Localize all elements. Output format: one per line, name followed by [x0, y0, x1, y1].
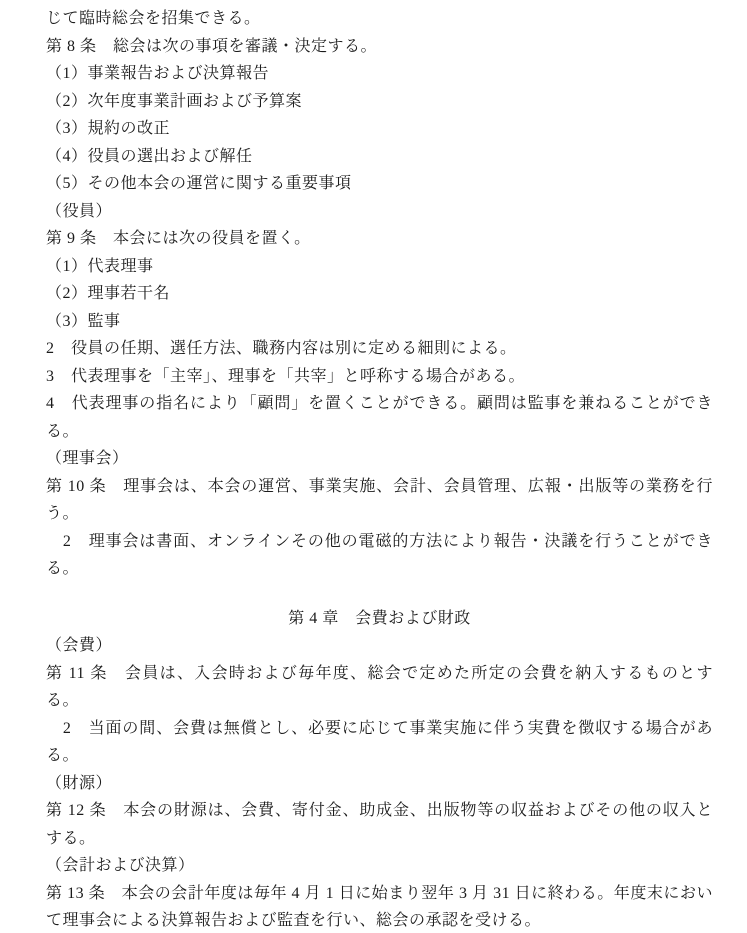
- text-line: て理事会による決算報告および監査を行い、総会の承認を受ける。: [46, 907, 713, 933]
- text-line: （財源）: [46, 770, 713, 798]
- text-line: 第 12 条 本会の財源は、会費、寄付金、助成金、出版物等の収益およびその他の収…: [46, 797, 713, 825]
- text-line: 2 当面の間、会費は無償とし、必要に応じて事業実施に伴う実費を徴収する場合があ: [46, 715, 713, 743]
- text-line: 第 13 条 本会の会計年度は毎年 4 月 1 日に始まり翌年 3 月 31 日…: [46, 880, 713, 908]
- text-line: 3 代表理事を「主宰」、理事を「共宰」と呼称する場合がある。: [46, 363, 713, 391]
- text-line: （1）事業報告および決算報告: [46, 60, 713, 88]
- text-line: 第 8 条 総会は次の事項を審議・決定する。: [46, 33, 713, 61]
- text-line: （1）代表理事: [46, 253, 713, 281]
- text-line: する。: [46, 825, 713, 853]
- text-line: （会計および決算）: [46, 852, 713, 880]
- text-line: 第 9 条 本会には次の役員を置く。: [46, 225, 713, 253]
- text-line: 2 役員の任期、選任方法、職務内容は別に定める細則による。: [46, 335, 713, 363]
- text-line: 第 10 条 理事会は、本会の運営、事業実施、会計、会員管理、広報・出版等の業務…: [46, 473, 713, 501]
- text-line: う。: [46, 500, 713, 528]
- text-line: 4 代表理事の指名により「顧問」を置くことができる。顧問は監事を兼ねることができ: [46, 390, 713, 418]
- text-line: る。: [46, 418, 713, 446]
- text-line: る。: [46, 742, 713, 770]
- document-page: じて臨時総会を招集できる。第 8 条 総会は次の事項を審議・決定する。（1）事業…: [0, 0, 747, 933]
- text-line: （役員）: [46, 198, 713, 226]
- text-line: 第 11 条 会員は、入会時および毎年度、総会で定めた所定の会費を納入するものと…: [46, 660, 713, 688]
- text-line: （3）監事: [46, 308, 713, 336]
- text-line: （5）その他本会の運営に関する重要事項: [46, 170, 713, 198]
- text-line: る。: [46, 687, 713, 715]
- text-line: （理事会）: [46, 445, 713, 473]
- text-line: （4）役員の選出および解任: [46, 143, 713, 171]
- text-line: （3）規約の改正: [46, 115, 713, 143]
- text-line: 2 理事会は書面、オンラインその他の電磁的方法により報告・決議を行うことができ: [46, 528, 713, 556]
- blank-line: [46, 583, 713, 605]
- text-line: る。: [46, 555, 713, 583]
- text-line: （2）理事若干名: [46, 280, 713, 308]
- text-line: （2）次年度事業計画および予算案: [46, 88, 713, 116]
- chapter-heading: 第 4 章 会費および財政: [46, 605, 713, 633]
- text-line: （会費）: [46, 632, 713, 660]
- document-body: じて臨時総会を招集できる。第 8 条 総会は次の事項を審議・決定する。（1）事業…: [46, 5, 713, 933]
- text-line: じて臨時総会を招集できる。: [46, 5, 713, 33]
